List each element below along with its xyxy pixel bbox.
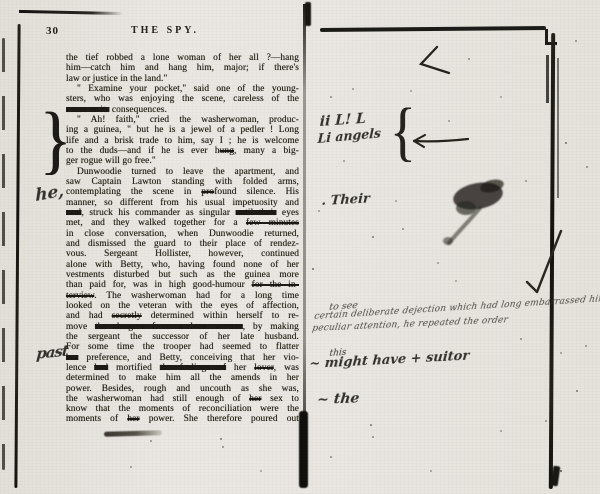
struck-text: pro bbox=[201, 187, 214, 197]
right-page-corner-notch bbox=[545, 29, 548, 44]
printed-text: saw Captain Lawton standing with folded … bbox=[66, 177, 299, 187]
left-page-top-edge bbox=[19, 10, 123, 15]
printed-text: , many a big- bbox=[234, 146, 299, 156]
margin-note-he: he, bbox=[35, 181, 64, 206]
text-line: terview. The washerwoman had for a long … bbox=[66, 291, 299, 301]
printed-text: , was bbox=[274, 363, 299, 373]
text-line: in close conversation, when Dunwoodie re… bbox=[66, 229, 299, 239]
struck-text: cause or its bbox=[66, 105, 109, 115]
printed-text: power. Besides, rough and uncouth as she… bbox=[66, 384, 299, 394]
scan-speckles bbox=[0, 0, 2, 2]
printed-text: than paid for, was in high good-humour bbox=[66, 280, 252, 290]
text-line: saw Captain Lawton standing with folded … bbox=[66, 177, 299, 187]
struck-text: her bbox=[127, 414, 139, 424]
printed-text: and dismissed the guard to their place o… bbox=[66, 239, 299, 249]
text-line: contemplating the scene in profound sile… bbox=[66, 187, 299, 197]
printed-text: , struck his commander as singular bbox=[82, 208, 236, 218]
text-line: her preference, and Betty, conceiving th… bbox=[66, 353, 299, 363]
text-line: ing a guinea, " but he is a jewel of a p… bbox=[66, 125, 299, 135]
struck-text: lover bbox=[254, 363, 273, 373]
spine-gutter-top bbox=[305, 2, 311, 26]
struck-text: secretly bbox=[112, 311, 142, 321]
printed-text: " Examine your pocket," said one of the … bbox=[77, 84, 299, 94]
printed-text: sex to bbox=[262, 394, 300, 404]
text-line: to the duds—and if he is ever hung, many… bbox=[66, 146, 299, 156]
printed-text: determined within herself to re- bbox=[142, 311, 299, 321]
right-page-edge-inner bbox=[557, 58, 559, 198]
printed-text: alone with Betty, who, having found none… bbox=[66, 260, 299, 270]
struck-text: few minutes bbox=[246, 218, 299, 228]
text-line: the tief robbed a lone woman of her all … bbox=[66, 53, 299, 63]
struck-text: zeal bbox=[66, 208, 82, 218]
printed-text: manner, so different from his usual impe… bbox=[66, 198, 299, 208]
printed-text: vous. Sergeant Hollister, however, conti… bbox=[66, 249, 299, 259]
printed-text: power. She therefore poured out bbox=[140, 414, 299, 424]
printed-text: " Ah! faith," cried the washerwoman, pro… bbox=[77, 115, 299, 125]
spine-gutter-line bbox=[303, 4, 306, 486]
text-line: sters, who was enjoying the scene, carel… bbox=[66, 94, 299, 104]
printed-text: vestments disturbed but such as the guin… bbox=[66, 270, 299, 280]
printed-text: law or justice in the land." bbox=[66, 74, 167, 84]
printed-text: to the duds—and if he is ever h bbox=[66, 146, 220, 156]
text-line: lence had mortified the feelings of her … bbox=[66, 363, 299, 373]
text-line: alone with Betty, who, having found none… bbox=[66, 260, 299, 270]
printed-text: the washerwoman had still enough of bbox=[66, 394, 249, 404]
text-line: the washerwoman had still enough of her … bbox=[66, 394, 299, 404]
printed-text: life and a brisk trade to him, say I ; h… bbox=[66, 136, 299, 146]
annotation-their: . Their bbox=[321, 191, 370, 209]
spine-gutter-bottom bbox=[299, 411, 308, 488]
ink-blot bbox=[443, 177, 505, 245]
book-binding-edge bbox=[2, 38, 5, 470]
printed-text: looked on the veteran with the eyes of a… bbox=[66, 301, 299, 311]
right-page-corner-notch bbox=[545, 42, 557, 45]
annotation-brace: { bbox=[390, 97, 415, 167]
text-line: moments of her power. She therefore pour… bbox=[66, 414, 299, 424]
printed-text: her bbox=[226, 363, 254, 373]
text-line: zeal, struck his commander as singular u… bbox=[66, 208, 299, 218]
text-line: the sergeant the successor of her late h… bbox=[66, 332, 299, 342]
text-line: For some time the trooper had seemed to … bbox=[66, 342, 299, 352]
right-page-corner-notch bbox=[546, 55, 549, 103]
printed-text: ger rogue will go free." bbox=[66, 156, 156, 166]
printed-text: met, and they walked together for a bbox=[66, 218, 246, 228]
left-page-edge bbox=[14, 24, 20, 488]
printed-text: and had bbox=[66, 311, 112, 321]
printed-text: the sergeant the successor of her late h… bbox=[66, 332, 299, 342]
printed-text: the tief robbed a lone woman of her all … bbox=[66, 53, 299, 63]
right-page-bottom-corner bbox=[551, 466, 561, 487]
margin-note-past: past bbox=[36, 342, 69, 364]
printed-text: sters, who was enjoying the scene, carel… bbox=[66, 94, 299, 104]
text-line: know that the moments of reconciliation … bbox=[66, 404, 299, 414]
printed-text: lence bbox=[66, 363, 94, 373]
printed-text: contemplating the scene in bbox=[66, 187, 201, 197]
text-line: " Examine your pocket," said one of the … bbox=[66, 84, 299, 94]
printed-text: eyes bbox=[276, 208, 299, 218]
book-scan: 30 THE SPY. the tief robbed a lone woman… bbox=[0, 0, 600, 494]
text-line: move the dangers from a lone woman, by m… bbox=[66, 322, 299, 332]
printed-text: preference, and Betty, conceiving that h… bbox=[78, 353, 299, 363]
printed-text: , by making bbox=[243, 322, 299, 332]
struck-text: her bbox=[249, 394, 261, 404]
printed-text: determined to make him all the amends in… bbox=[66, 373, 299, 383]
text-line: law or justice in the land." bbox=[66, 74, 299, 84]
text-line: looked on the veteran with the eyes of a… bbox=[66, 301, 299, 311]
right-page-top-edge bbox=[320, 26, 546, 31]
printed-text: in close conversation, when Dunwoodie re… bbox=[66, 229, 299, 239]
ink-smudge bbox=[104, 430, 162, 437]
printed-text: ing a guinea, " but he is a jewel of a p… bbox=[66, 125, 299, 135]
struck-text: for the in- bbox=[252, 280, 299, 290]
text-line: vous. Sergeant Hollister, however, conti… bbox=[66, 249, 299, 259]
text-line: life and a brisk trade to him, say I ; h… bbox=[66, 136, 299, 146]
printed-text: For some time the trooper had seemed to … bbox=[66, 342, 299, 352]
caret-mark bbox=[421, 47, 449, 73]
page-text: the tief robbed a lone woman of her all … bbox=[66, 53, 299, 425]
text-line: than paid for, was in high good-humour f… bbox=[66, 280, 299, 290]
running-title: THE SPY. bbox=[0, 25, 330, 36]
text-line: and dismissed the guard to their place o… bbox=[66, 239, 299, 249]
left-arrow-mark bbox=[414, 135, 468, 147]
check-mark bbox=[527, 231, 561, 292]
text-line: vestments disturbed but such as the guin… bbox=[66, 270, 299, 280]
text-line: and had secretly determined within herse… bbox=[66, 311, 299, 321]
printed-text: mortified bbox=[108, 363, 160, 373]
annotation-the: ~ the bbox=[316, 391, 360, 409]
text-line: met, and they walked together for a few … bbox=[66, 218, 299, 228]
right-page-edge bbox=[549, 33, 555, 489]
printed-text: consequences. bbox=[109, 105, 167, 115]
struck-text: until their bbox=[236, 208, 277, 218]
struck-text: the feelings of bbox=[160, 363, 226, 373]
struck-text: the dangers from a lone woman bbox=[95, 322, 243, 332]
printed-text: him—catch him and hang him, major; if th… bbox=[66, 63, 299, 73]
printed-text: . The washerwoman had for a long time bbox=[94, 291, 299, 301]
margin-brace: } bbox=[40, 100, 71, 180]
printed-text: move bbox=[66, 322, 95, 332]
text-line: Dunwoodie turned to leave the apartment,… bbox=[66, 167, 299, 177]
text-line: power. Besides, rough and uncouth as she… bbox=[66, 384, 299, 394]
text-line: manner, so different from his usual impe… bbox=[66, 198, 299, 208]
text-line: determined to make him all the amends in… bbox=[66, 373, 299, 383]
struck-text: terview bbox=[66, 291, 94, 301]
text-line: " Ah! faith," cried the washerwoman, pro… bbox=[66, 115, 299, 125]
printed-text: moments of bbox=[66, 414, 127, 424]
text-line: him—catch him and hang him, major; if th… bbox=[66, 63, 299, 73]
printed-text: know that the moments of reconciliation … bbox=[66, 404, 299, 414]
printed-text: found silence. His bbox=[214, 187, 299, 197]
text-line: cause or its consequences. bbox=[66, 105, 299, 115]
text-line: ger rogue will go free." bbox=[66, 156, 299, 166]
struck-text: ung bbox=[220, 146, 234, 156]
struck-text: had bbox=[94, 363, 108, 373]
printed-text: Dunwoodie turned to leave the apartment,… bbox=[77, 167, 299, 177]
